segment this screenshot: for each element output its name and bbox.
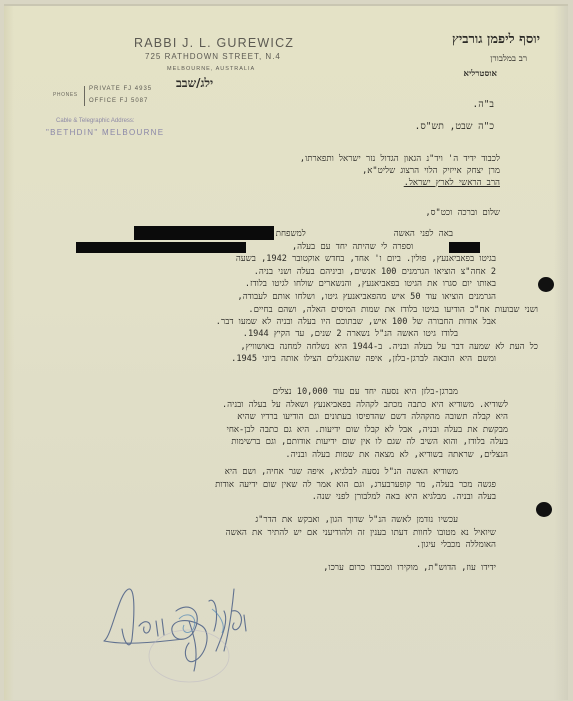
phones-brace	[84, 86, 88, 106]
body-line: ומשם היא הובאה לברגן-בלזן, איפה שהאנגלים…	[231, 353, 496, 364]
closing-line: ידידו עוז, הדוש"ת, מוקירו ומכבדו כרום ער…	[323, 562, 496, 573]
letterhead-name-english: Rabbi J. L. Gurewicz	[134, 36, 294, 50]
body-line: האומללה מכבלי עיגון.	[416, 539, 496, 550]
addressee-line-3: הרב הראשי לארץ ישראל.	[404, 177, 500, 188]
letterhead-title-hebrew: רב במלבורן	[490, 53, 527, 64]
body-line: כל העת לא שמעה דבר על בעלה ובניה. ב-1944…	[240, 341, 538, 352]
body-line: הנצלים, שראתה בשודיא, לא מצאה את שמות בע…	[285, 449, 508, 460]
reference-code: ילג/שבב	[176, 76, 213, 91]
body-line: בעלה בלודז, והוא השיב לה שגם לו אין שום …	[231, 436, 508, 447]
letter-page: Rabbi J. L. Gurewicz 725 Rathdown Street…	[4, 4, 568, 700]
phone-private: Private FJ 4935	[89, 86, 152, 92]
punch-hole	[538, 277, 554, 292]
body-line: היא קבלה תשובה מהקהלה דשם שהדפיסו בעתוני…	[237, 411, 508, 422]
addressee-line-1: לכבוד ידיד ה' ויד"נ הגאון הגדול נזר ישרא…	[300, 153, 500, 164]
body-line: לשודיא. משודיא היא כתבה מכתב לקהלה בפאבי…	[222, 399, 508, 410]
body-line: בגיטו בפאביאנעץ, פולין. ביום ו' אחד, בחד…	[236, 253, 496, 264]
phone-office: Office FJ 5087	[89, 98, 148, 104]
body-line: באה לפני האשה למשפחת	[276, 228, 453, 239]
body-line: עכשיו נזדמן לאשה הנ"ל שדוך הגון, ואבקש א…	[255, 514, 458, 525]
body-line: באותו יום סגרו את הגיטו בפאביאנעץ, והנשא…	[245, 278, 496, 289]
phones-label: Phones	[53, 92, 78, 98]
cable-address-stamp: "Bethdin" Melbourne	[46, 128, 164, 137]
body-line: בעלה ובניה. מבלגיא היא באה למלבורן לפני …	[312, 491, 496, 502]
body-line: בלודז גיטו האשה הנ"ל נשארה 2 שנים, עד הק…	[243, 328, 458, 339]
cable-label: Cable & Telegraphic Address:	[56, 118, 135, 124]
redaction-bar	[449, 242, 480, 253]
bh-header: ב"ה.	[473, 99, 494, 110]
addressee-line-2: מרן יצחק אייזיק הלוי הרצוג שליט"א,	[362, 165, 500, 176]
body-line: שיואיל נא מטובו לחוות דעתו בענין זה ולהו…	[226, 527, 496, 538]
letterhead-name-hebrew: יוסף ליפמן גורביץ	[452, 31, 540, 47]
body-line: מברגן-בלזן היא נסעה יחד עם עוד 10,000 נצ…	[273, 386, 458, 397]
letterhead-city: Melbourne, Australia	[167, 66, 255, 72]
body-line: הגרמנים הוציאו עוד 50 איש מהפאביאנעץ גיט…	[238, 291, 496, 302]
letterhead-address: 725 Rathdown Street, N.4	[145, 52, 281, 61]
greeting: שלום וברכה וכט"ס,	[425, 207, 500, 218]
redaction-bar	[76, 242, 246, 253]
punch-hole	[536, 502, 552, 517]
signature	[94, 581, 294, 701]
body-line: אבל אודות החבורה של 100 איש, שבתוכם היו …	[216, 316, 496, 327]
body-line: מבקשת את בעלה ובניה, אבל לא קבלו שום ידי…	[227, 424, 508, 435]
body-line: משודיא האשה הנ"ל נסעה לבלגיא, איפה שגר א…	[225, 466, 458, 477]
body-line: 2 אחה"צ הוציאו הגרמנים 100 אנשים, וביניה…	[254, 266, 496, 277]
body-line: ושני שבועות אח"כ הודיעו בגיטו בלודז את ש…	[248, 304, 538, 315]
redaction-bar	[134, 226, 274, 240]
body-line: פגשה מכר בעלה, מר קופערבערג, וגם הוא אמר…	[215, 479, 496, 490]
letterhead-city-hebrew: אוסטרליא	[464, 68, 497, 79]
letter-date: כ"ה שבט, תש"ס.	[415, 121, 494, 132]
